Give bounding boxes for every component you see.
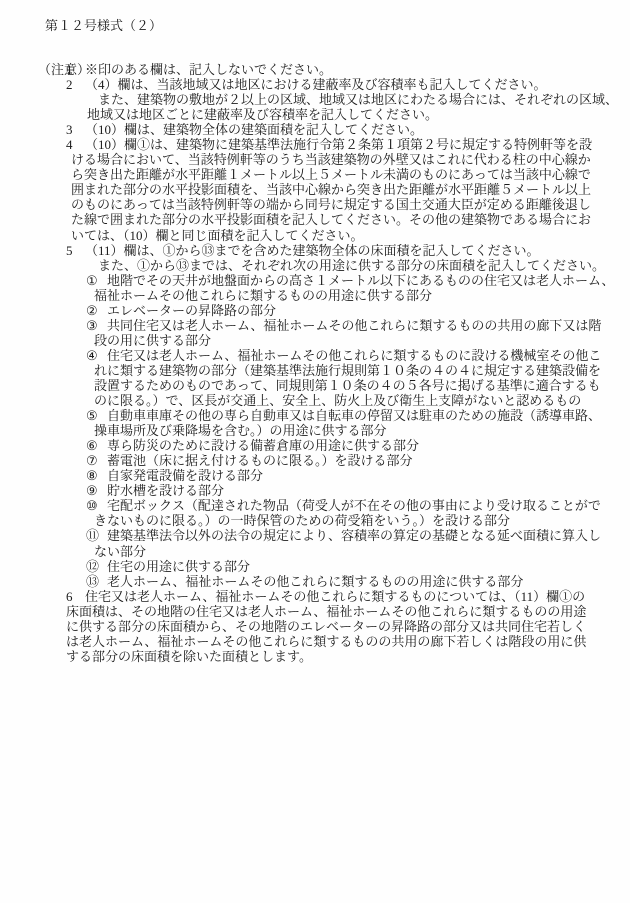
note-line: 2（4）欄は、当該地域又は地区における建蔽率及び容積率も記入してください。: [0, 77, 630, 92]
note-text: （10）欄は、建築物全体の建築面積を記入してください。: [85, 122, 423, 137]
circled-number-marker: ④: [86, 348, 107, 363]
note-line: 4（10）欄①は、建築物に建築基準法施行令第２条第１項第２号に規定する特例軒等を…: [0, 137, 630, 152]
circled-number-marker: ⑤: [86, 408, 107, 423]
note-line: 設置するためのものであって、同規則第１０条の４の５各号に掲げる基準に適合するも: [0, 378, 630, 393]
note-line: ③共同住宅又は老人ホーム、福祉ホームその他これらに類するものの共用の廊下又は階: [0, 318, 630, 333]
note-line: 囲まれた部分の水平投影面積を、当該中心線から突き出た距離が水平距離５メートル以上: [0, 182, 630, 197]
note-line: 6住宅又は老人ホーム、福祉ホームその他これらに類するものについては、（11）欄①…: [0, 589, 630, 604]
circled-number-marker: ⑥: [86, 438, 107, 453]
note-text: のものにあっては当該特例軒等の端から同号に規定する国土交通大臣が定める距離後退し: [71, 197, 591, 212]
circled-number-marker: ⑫: [86, 559, 107, 574]
note-text: ※印のある欄は、記入しないでください。: [85, 62, 332, 77]
note-line: ら突き出た距離が水平距離１メートル以上５メートル未満のものにあっては当該中心線で: [0, 167, 630, 182]
note-text: きないものに限る。）の一時保管のための荷受箱をいう。）を設ける部分: [94, 513, 510, 528]
circled-number-marker: ⑧: [86, 468, 107, 483]
note-text: 宅配ボックス（配達された物品（荷受人が不在その他の事由により受け取ることがで: [107, 498, 601, 513]
note-text: 共同住宅又は老人ホーム、福祉ホームその他これらに類するものの共用の廊下又は階: [107, 318, 601, 333]
item-number-marker: 3: [66, 122, 85, 137]
note-text: のに限る。）で、区長が交通上、安全上、防火上及び衛生上支障がないと認めるもの: [94, 393, 581, 408]
note-line: ない部分: [0, 544, 630, 559]
note-line: きないものに限る。）の一時保管のための荷受箱をいう。）を設ける部分: [0, 513, 630, 528]
note-line: ⑥専ら防災のために設ける備蓄倉庫の用途に供する部分: [0, 438, 630, 453]
note-text: いては、（10）欄と同じ面積を記入してください。: [71, 228, 364, 243]
note-text: に供する部分の床面積から、その地階のエレベーターの昇降路の部分又は共同住宅若しく: [66, 619, 586, 634]
note-text: 蓄電池（床に据え付けるものに限る。）を設ける部分: [107, 453, 413, 468]
note-line: また、建築物の敷地が２以上の区域、地域又は地区にわたる場合には、それぞれの区域、: [0, 92, 630, 107]
circled-number-marker: ⑦: [86, 453, 107, 468]
item-number-marker: 4: [66, 137, 85, 152]
circled-number-marker: ⑨: [86, 483, 107, 498]
note-text: 住宅又は老人ホーム、福祉ホームその他これらに類するものに設ける機械室その他こ: [107, 348, 601, 363]
note-line: 床面積は、その地階の住宅又は老人ホーム、福祉ホームその他これらに類するものの用途: [0, 604, 630, 619]
circled-number-marker: ②: [86, 303, 107, 318]
notes-section: （注意）1※印のある欄は、記入しないでください。2（4）欄は、当該地域又は地区に…: [0, 62, 630, 664]
item-number-marker: 5: [66, 243, 85, 258]
circled-number-marker: ③: [86, 318, 107, 333]
note-line: 5（11）欄は、①から⑬までを含めた建築物全体の床面積を記入してください。: [0, 243, 630, 258]
note-text: 段の用に供する部分: [94, 333, 211, 348]
note-text: 設置するためのものであって、同規則第１０条の４の５各号に掲げる基準に適合するも: [94, 378, 601, 393]
note-text: （10）欄①は、建築物に建築基準法施行令第２条第１項第２号に規定する特例軒等を設: [85, 137, 592, 152]
item-number-marker: 2: [66, 77, 85, 92]
note-line: ⑫住宅の用途に供する部分: [0, 559, 630, 574]
note-text: 床面積は、その地階の住宅又は老人ホーム、福祉ホームその他これらに類するものの用途: [66, 604, 586, 619]
note-text: 地階でその天井が地盤面からの高さ１メートル以下にあるものの住宅又は老人ホーム、: [107, 273, 614, 288]
note-line: れに類する建築物の部分（建築基準法施行規則第１０条の４の４に規定する建築設備を: [0, 363, 630, 378]
note-text: は老人ホーム、福祉ホームその他これらに類するものの共用の廊下若しくは階段の用に供: [66, 634, 586, 649]
note-line: のに限る。）で、区長が交通上、安全上、防火上及び衛生上支障がないと認めるもの: [0, 393, 630, 408]
note-text: 老人ホーム、福祉ホームその他これらに類するものの用途に供する部分: [107, 574, 523, 589]
note-line: （注意）1※印のある欄は、記入しないでください。: [0, 62, 630, 77]
note-text: た線で囲まれた部分の水平投影面積を記入してください。その他の建築物である場合にお: [71, 212, 591, 227]
note-line: ⑪建築基準法令以外の法令の規定により、容積率の算定の基礎となる延べ面積に算入し: [0, 528, 630, 543]
note-text: ら突き出た距離が水平距離１メートル以上５メートル未満のものにあっては当該中心線で: [71, 167, 591, 182]
note-text: 貯水槽を設ける部分: [107, 483, 224, 498]
note-line: 操車場所及び乗降場を含む。）の用途に供する部分: [0, 423, 630, 438]
note-text: れに類する建築物の部分（建築基準法施行規則第１０条の４の４に規定する建築設備を: [94, 363, 601, 378]
note-line: ⑤自動車車庫その他の専ら自動車又は自転車の停留又は駐車のための施設（誘導車路、: [0, 408, 630, 423]
note-line: ⑩宅配ボックス（配達された物品（荷受人が不在その他の事由により受け取ることがで: [0, 498, 630, 513]
note-text: する部分の床面積を除いた面積とします。: [66, 649, 312, 664]
note-text: エレベーターの昇降路の部分: [107, 303, 276, 318]
note-line: 福祉ホームその他これらに類するものの用途に供する部分: [0, 288, 630, 303]
note-text: 自家発電設備を設ける部分: [107, 468, 263, 483]
note-line: ⑦蓄電池（床に据え付けるものに限る。）を設ける部分: [0, 453, 630, 468]
note-line: 地域又は地区ごとに建蔽率及び容積率を記入してください。: [0, 107, 630, 122]
circled-number-marker: ⑪: [86, 528, 107, 543]
note-text: また、建築物の敷地が２以上の区域、地域又は地区にわたる場合には、それぞれの区域、: [98, 92, 618, 107]
note-line: ①地階でその天井が地盤面からの高さ１メートル以下にあるものの住宅又は老人ホーム、: [0, 273, 630, 288]
note-line: 段の用に供する部分: [0, 333, 630, 348]
note-line: また、①から⑬までは、それぞれ次の用途に供する部分の床面積を記入してください。: [0, 258, 630, 273]
item-number-marker: 6: [66, 589, 85, 604]
circled-number-marker: ⑩: [86, 498, 107, 513]
note-line: ける場合において、当該特例軒等のうち当該建築物の外壁又はこれに代わる柱の中心線か: [0, 152, 630, 167]
circled-number-marker: ⑬: [86, 574, 107, 589]
note-text: 囲まれた部分の水平投影面積を、当該中心線から突き出た距離が水平距離５メートル以上: [71, 182, 591, 197]
form-number-title: 第１２号様式（２）: [45, 15, 162, 34]
note-text: （11）欄は、①から⑬までを含めた建築物全体の床面積を記入してください。: [85, 243, 540, 258]
document-page: 第１２号様式（２） （注意）1※印のある欄は、記入しないでください。2（4）欄は…: [0, 0, 630, 903]
note-line: ④住宅又は老人ホーム、福祉ホームその他これらに類するものに設ける機械室その他こ: [0, 348, 630, 363]
note-text: 建築基準法令以外の法令の規定により、容積率の算定の基礎となる延べ面積に算入し: [107, 528, 601, 543]
note-line: は老人ホーム、福祉ホームその他これらに類するものの共用の廊下若しくは階段の用に供: [0, 634, 630, 649]
note-text: 操車場所及び乗降場を含む。）の用途に供する部分: [94, 423, 387, 438]
note-text: ない部分: [94, 544, 146, 559]
note-line: に供する部分の床面積から、その地階のエレベーターの昇降路の部分又は共同住宅若しく: [0, 619, 630, 634]
note-text: 住宅の用途に供する部分: [107, 559, 250, 574]
note-text: 福祉ホームその他これらに類するものの用途に供する部分: [94, 288, 432, 303]
notes-label: （注意）: [38, 62, 90, 77]
note-line: ⑧自家発電設備を設ける部分: [0, 468, 630, 483]
note-line: のものにあっては当該特例軒等の端から同号に規定する国土交通大臣が定める距離後退し: [0, 197, 630, 212]
note-text: 地域又は地区ごとに建蔽率及び容積率を記入してください。: [87, 107, 438, 122]
note-text: （4）欄は、当該地域又は地区における建蔽率及び容積率も記入してください。: [85, 77, 547, 92]
note-text: ける場合において、当該特例軒等のうち当該建築物の外壁又はこれに代わる柱の中心線か: [71, 152, 591, 167]
note-text: 住宅又は老人ホーム、福祉ホームその他これらに類するものについては、（11）欄①の: [85, 589, 585, 604]
note-line: いては、（10）欄と同じ面積を記入してください。: [0, 228, 630, 243]
note-line: 3（10）欄は、建築物全体の建築面積を記入してください。: [0, 122, 630, 137]
note-line: ⑨貯水槽を設ける部分: [0, 483, 630, 498]
note-line: ②エレベーターの昇降路の部分: [0, 303, 630, 318]
note-text: 専ら防災のために設ける備蓄倉庫の用途に供する部分: [107, 438, 419, 453]
note-line: ⑬老人ホーム、福祉ホームその他これらに類するものの用途に供する部分: [0, 574, 630, 589]
note-text: また、①から⑬までは、それぞれ次の用途に供する部分の床面積を記入してください。: [98, 258, 605, 273]
note-line: た線で囲まれた部分の水平投影面積を記入してください。その他の建築物である場合にお: [0, 212, 630, 227]
note-line: する部分の床面積を除いた面積とします。: [0, 649, 630, 664]
circled-number-marker: ①: [86, 273, 107, 288]
note-text: 自動車車庫その他の専ら自動車又は自転車の停留又は駐車のための施設（誘導車路、: [107, 408, 601, 423]
